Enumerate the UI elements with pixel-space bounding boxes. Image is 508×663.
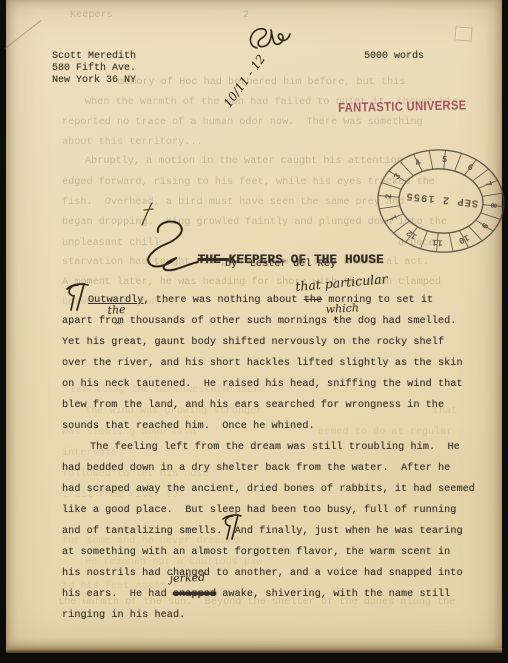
typed-line: had bedded down in a dry shelter back fr… — [62, 463, 450, 474]
typed-line: Yet his great, gaunt body shifted nervou… — [62, 337, 444, 348]
word-count: 5000 words — [364, 51, 424, 62]
typed-text: like a good place. But sleep had been to… — [62, 505, 456, 516]
dial-number: 9 — [479, 220, 490, 230]
typed-line: and of tantalizing smells. And finally, … — [62, 526, 463, 537]
pen-tick-icon — [140, 202, 156, 226]
dial-number: 10 — [457, 232, 471, 246]
struck-title-word: THE — [198, 253, 229, 267]
handwritten-initials-icon — [243, 22, 291, 56]
agent-address-line-2: 580 Fifth Ave. — [52, 63, 136, 75]
typed-text: had scraped away the ancient, dried bone… — [62, 484, 475, 495]
caret-icon: ^ — [114, 322, 122, 332]
typed-text: sounds that reached him. Once he whined. — [62, 421, 315, 432]
typed-line: at something with an almost forgotten fl… — [62, 547, 450, 558]
typed-line: ringing in his head. — [62, 610, 185, 621]
dial-number: 7 — [482, 180, 493, 189]
typed-line: his ears. He had snapped awake, shiverin… — [62, 589, 450, 600]
struck-word: snapped — [173, 589, 216, 600]
typed-text: and of tantalizing smells. — [62, 526, 222, 537]
struck-word: the — [304, 295, 323, 306]
typed-text: And finally, just when he was tearing — [235, 526, 463, 537]
typed-line: had scraped away the ancient, dried bone… — [62, 484, 475, 495]
typed-text: his nostrils had changed to another, and… — [62, 568, 463, 579]
dial-number: 12 — [405, 227, 420, 241]
typed-line: over the river, and his short hackles li… — [62, 358, 463, 369]
typed-line: Outwardly, there was nothing about the m… — [88, 295, 433, 306]
byline: by Lester del Rey — [225, 258, 336, 270]
dial-number: 5 — [441, 155, 447, 165]
typed-text: Yet his great, gaunt body shifted nervou… — [62, 337, 444, 348]
typed-text: had bedded down in a dry shelter back fr… — [62, 463, 450, 474]
agent-address-line-1: Scott Meredith — [52, 51, 136, 63]
edit-jerked: jerked — [170, 571, 206, 585]
dial-number: 2 — [384, 193, 394, 199]
dial-number: 11 — [431, 236, 443, 247]
typed-text: awake, shivering, with the name still — [216, 589, 450, 600]
paragraph-mark-icon — [221, 514, 243, 540]
fantastic-universe-stamp: FANTASTIC UNIVERSE — [338, 97, 467, 115]
typed-text: at something with an almost forgotten fl… — [62, 547, 450, 558]
typed-text: ringing in his head. — [62, 610, 185, 621]
dial-number: 1 — [388, 212, 400, 222]
dial-number: 8 — [488, 202, 498, 208]
edit-insert-the: the — [107, 303, 126, 317]
edit-insert-which: which — [325, 301, 359, 316]
caret-icon: ^ — [332, 318, 340, 328]
typed-text: his ears. He had — [62, 589, 173, 600]
embossed-corner-mark — [455, 26, 473, 41]
typed-line: his nostrils had changed to another, and… — [62, 568, 463, 579]
corner-crease — [5, 20, 42, 49]
typed-line: The feeling left from the dream was stil… — [90, 442, 460, 453]
typed-line: like a good place. But sleep had been to… — [62, 505, 456, 516]
dial-number: 4 — [414, 157, 424, 169]
typed-text: The feeling left from the dream was stil… — [90, 442, 460, 453]
typed-text: on his neck tautened. He raised his head… — [62, 379, 463, 390]
typed-text: , there was nothing about — [143, 295, 303, 306]
manuscript-photo: { "header": { "agent_block": ["Scott Mer… — [0, 0, 508, 663]
typed-line: on his neck tautened. He raised his head… — [62, 379, 463, 390]
typed-text: over the river, and his short hackles li… — [62, 358, 463, 369]
typed-line: blew from the land, and his ears searche… — [62, 400, 444, 411]
paragraph-mark-icon — [64, 283, 90, 311]
typed-text: blew from the land, and his ears searche… — [62, 400, 444, 411]
dial-number: 3 — [392, 171, 403, 181]
agent-address-line-3: New York 36 NY — [52, 75, 136, 87]
typed-line: sounds that reached him. Once he whined. — [62, 421, 315, 432]
